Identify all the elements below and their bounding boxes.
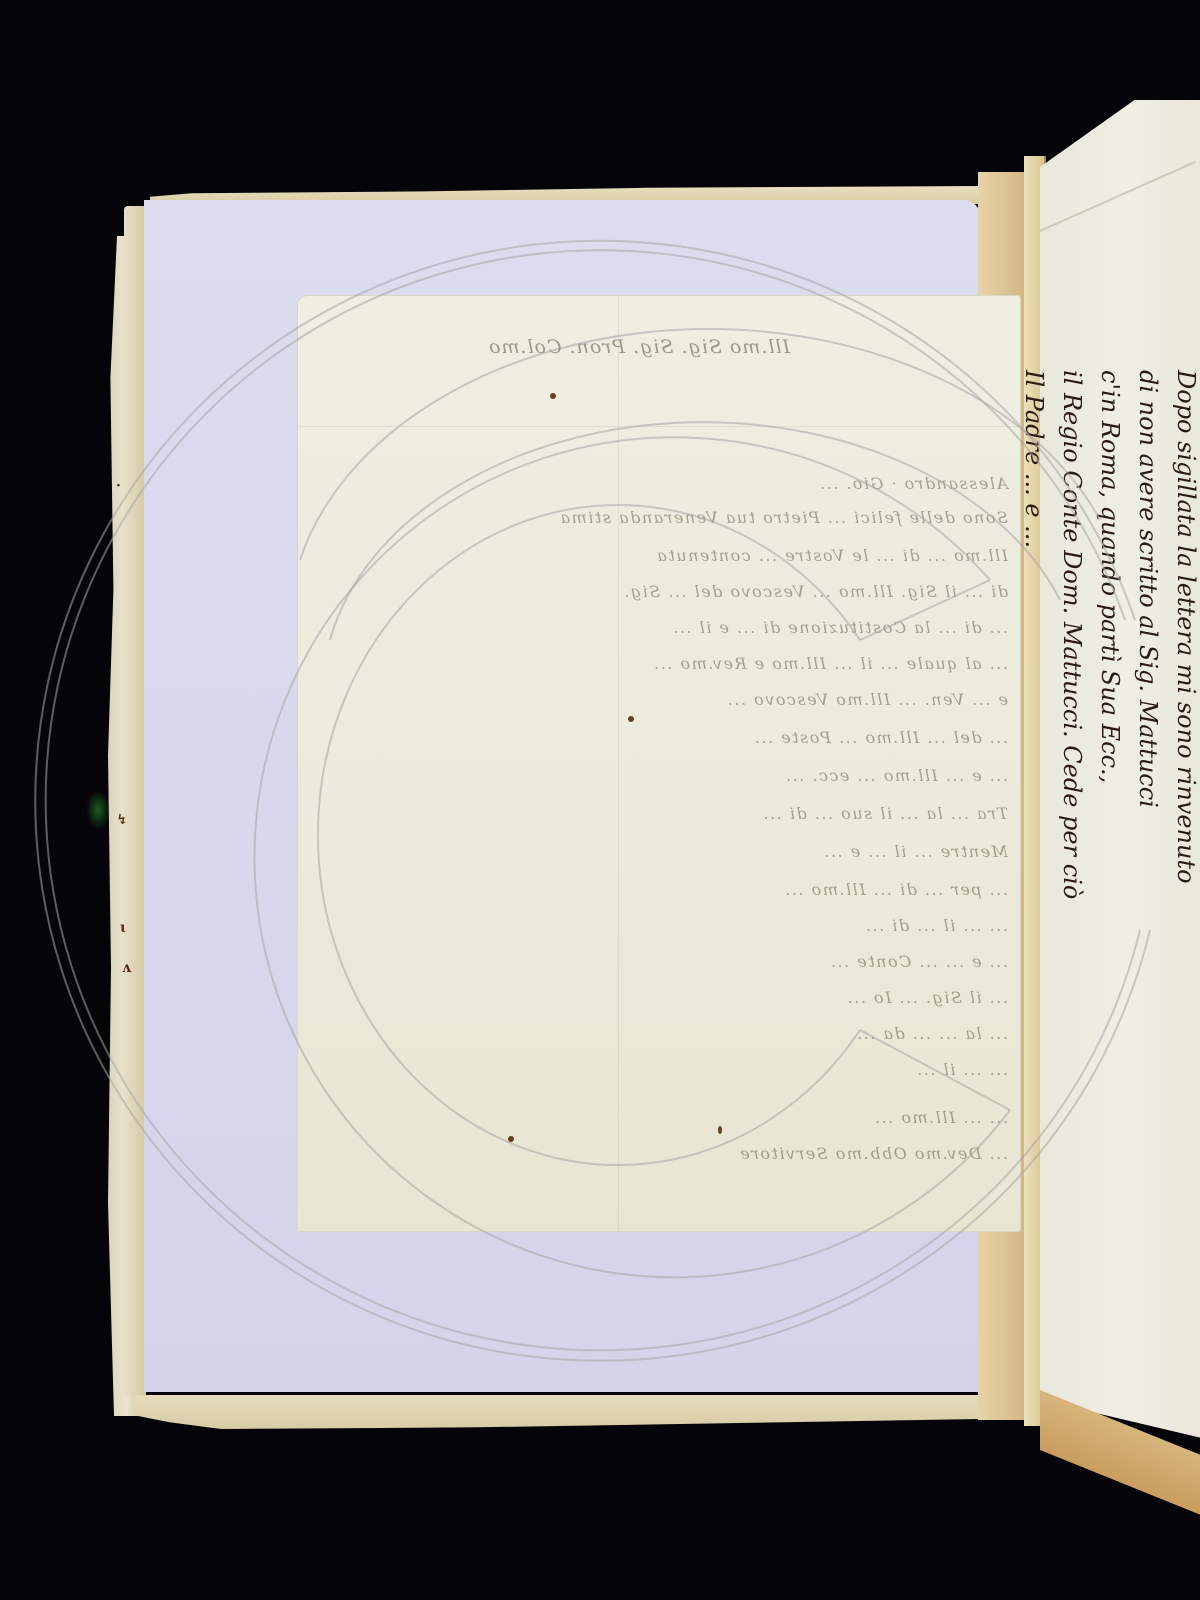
ink-spot [718,1126,722,1134]
right-page-line: Dopo sigillata la lettera mi sono rinven… [1167,370,1200,1010]
letter-line: ... e ... Ill.mo ... ecc. ... [298,766,1020,785]
letter-header: Ill.mo Sig. Sig. Pron. Col.mo [488,336,790,358]
letter-line: ... ... il ... di ... [298,916,1020,935]
volume-bottom-edge [135,1395,995,1429]
green-stain [86,790,110,830]
fold-line-horizontal [298,426,1020,427]
edge-mark: ↯ [116,812,128,828]
letter-line: Alessandro · Gio. ... [298,474,1020,493]
volume-inner-edge [124,206,146,1396]
letter-line: ... di ... la Costituzione di ... e il .… [298,618,1020,637]
right-page-line: di non avere scritto al Sig. Mattucci [1129,370,1167,1010]
edge-mark: ʌ [122,960,131,976]
right-page-line: Il Padre ... e ... [1015,370,1053,1010]
letter-line: Mentre ... il ... e ... [298,842,1020,861]
letter-line: ... Dev.mo Obb.mo Servitore [298,1144,1020,1163]
letter-line: ... la ... ... da ... [298,1024,1020,1043]
right-page-line: il Regio Conte Dom. Mattucci. Cede per c… [1053,370,1091,1010]
letter-line: e ... Ven. ... Ill.mo Vescovo ... [298,690,1020,709]
letter-line: di ... il Sig. Ill.mo ... Vescovo del ..… [298,582,1020,601]
letter-line: ... del ... Ill.mo ... Poste ... [298,728,1020,747]
fold-line-vertical [618,296,619,1231]
letter-line: Sono delle felici ... Pietro tua Veneran… [298,508,1020,527]
manuscript-letter: Ill.mo Sig. Sig. Pron. Col.mo Alessandro… [298,296,1020,1231]
letter-line: Ill.mo ... di ... le Vostre ... contenut… [298,546,1020,565]
ink-spot [508,1136,514,1142]
letter-line: ... ... Ill.mo ... [298,1108,1020,1127]
ink-spot [550,393,556,399]
ink-spot [628,716,634,722]
letter-line: ... per ... di ... Ill.mo ... [298,880,1020,899]
letter-line: ... al quale ... il ... Ill.mo e Rev.mo … [298,654,1020,673]
letter-line: ... e ... ... Conte ... [298,952,1020,971]
letter-line: ... il Sig. ... Io ... [298,988,1020,1007]
edge-mark: ɩ [120,920,125,936]
right-page-line: c'in Roma, quando partì Sua Ecc., [1091,370,1129,1010]
edge-mark: · [116,478,121,494]
letter-line: ... ... il ... [298,1060,1020,1079]
letter-line: Tra ... la ... il suo ... di ... [298,804,1020,823]
right-page-text: Dopo sigillata la lettera mi sono rinven… [1015,370,1200,1010]
